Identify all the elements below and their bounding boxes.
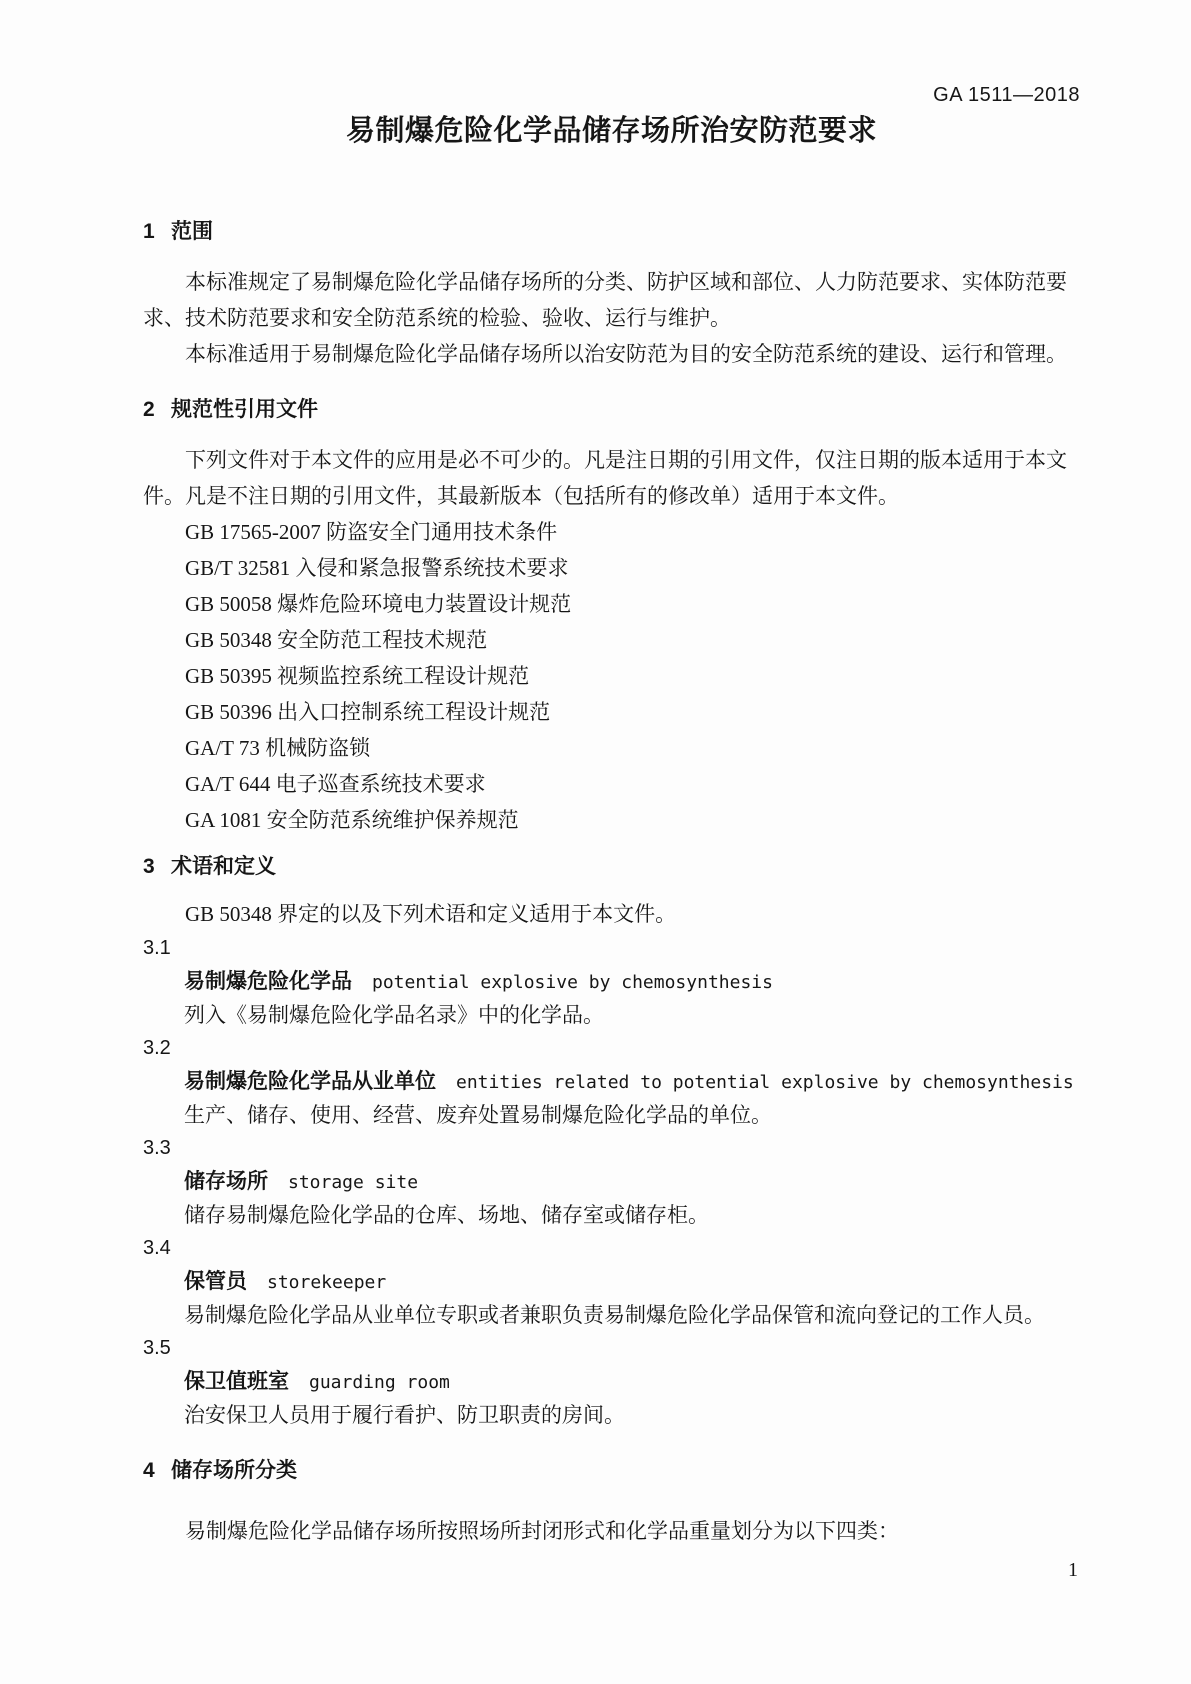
reference-item: GA/T 73 机械防盗锁 <box>143 730 1080 766</box>
document-title: 易制爆危险化学品储存场所治安防范要求 <box>143 112 1080 150</box>
standard-code: GA 1511—2018 <box>143 84 1080 106</box>
term-number: 3.5 <box>143 1332 1080 1365</box>
term-definition: 储存易制爆危险化学品的仓库、场地、储存室或储存柜。 <box>143 1199 1080 1232</box>
term-name-en: entities related to potential explosive … <box>456 1072 1074 1093</box>
reference-item: GA/T 644 电子巡查系统技术要求 <box>143 766 1080 802</box>
term-entry-3-4: 3.4 保管员storekeeper 易制爆危险化学品从业单位专职或者兼职负责易… <box>143 1232 1080 1332</box>
term-number: 3.4 <box>143 1232 1080 1265</box>
section-2-heading: 2规范性引用文件 <box>143 398 1080 422</box>
section-1-paragraph-2: 本标准适用于易制爆危险化学品储存场所以治安防范为目的安全防范系统的建设、运行和管… <box>143 336 1080 372</box>
document-content: GA 1511—2018 易制爆危险化学品储存场所治安防范要求 1范围 本标准规… <box>143 0 1080 1549</box>
term-definition: 生产、储存、使用、经营、废弃处置易制爆危险化学品的单位。 <box>143 1099 1080 1132</box>
term-name-zh: 保管员 <box>184 1270 247 1293</box>
section-3-heading: 3术语和定义 <box>143 855 1080 879</box>
term-definition: 治安保卫人员用于履行看护、防卫职责的房间。 <box>143 1399 1080 1432</box>
section-1-number: 1 <box>143 220 171 244</box>
reference-item: GA 1081 安全防范系统维护保养规范 <box>143 802 1080 838</box>
term-entry-3-2: 3.2 易制爆危险化学品从业单位entities related to pote… <box>143 1032 1080 1132</box>
term-name-en: storekeeper <box>267 1272 386 1293</box>
section-2-number: 2 <box>143 398 171 422</box>
reference-item: GB/T 32581 入侵和紧急报警系统技术要求 <box>143 550 1080 586</box>
document-page: GA 1511—2018 易制爆危险化学品储存场所治安防范要求 1范围 本标准规… <box>0 0 1191 1684</box>
section-3-number: 3 <box>143 855 171 879</box>
section-1-paragraph-1: 本标准规定了易制爆危险化学品储存场所的分类、防护区域和部位、人力防范要求、实体防… <box>143 264 1080 336</box>
section-4-paragraph-1: 易制爆危险化学品储存场所按照场所封闭形式和化学品重量划分为以下四类： <box>143 1513 1080 1549</box>
term-entry-3-5: 3.5 保卫值班室guarding room 治安保卫人员用于履行看护、防卫职责… <box>143 1332 1080 1432</box>
term-name-zh: 保卫值班室 <box>184 1370 289 1393</box>
section-3-title: 术语和定义 <box>171 855 276 878</box>
term-line: 保管员storekeeper <box>143 1265 1080 1299</box>
reference-item: GB 17565-2007 防盗安全门通用技术条件 <box>143 514 1080 550</box>
section-4-heading: 4储存场所分类 <box>143 1459 1080 1483</box>
term-line: 易制爆危险化学品potential explosive by chemosynt… <box>143 965 1080 999</box>
term-number: 3.3 <box>143 1132 1080 1165</box>
term-number: 3.2 <box>143 1032 1080 1065</box>
reference-item: GB 50348 安全防范工程技术规范 <box>143 622 1080 658</box>
term-line: 储存场所storage site <box>143 1165 1080 1199</box>
reference-item: GB 50396 出入口控制系统工程设计规范 <box>143 694 1080 730</box>
section-1-heading: 1范围 <box>143 220 1080 244</box>
term-name-zh: 易制爆危险化学品 <box>184 970 352 993</box>
term-name-zh: 易制爆危险化学品从业单位 <box>184 1070 436 1093</box>
term-entry-3-3: 3.3 储存场所storage site 储存易制爆危险化学品的仓库、场地、储存… <box>143 1132 1080 1232</box>
term-line: 易制爆危险化学品从业单位entities related to potentia… <box>143 1065 1080 1099</box>
term-definition: 列入《易制爆危险化学品名录》中的化学品。 <box>143 999 1080 1032</box>
section-1-title: 范围 <box>171 220 213 243</box>
term-name-en: guarding room <box>309 1372 450 1393</box>
section-4-title: 储存场所分类 <box>171 1459 297 1482</box>
term-number: 3.1 <box>143 932 1080 965</box>
term-name-zh: 储存场所 <box>184 1170 268 1193</box>
page-number: 1 <box>1068 1558 1078 1582</box>
term-entry-3-1: 3.1 易制爆危险化学品potential explosive by chemo… <box>143 932 1080 1032</box>
section-4-number: 4 <box>143 1459 171 1483</box>
terms-and-definitions: 3.1 易制爆危险化学品potential explosive by chemo… <box>143 932 1080 1432</box>
normative-references-list: GB 17565-2007 防盗安全门通用技术条件 GB/T 32581 入侵和… <box>143 514 1080 838</box>
section-3-intro: GB 50348 界定的以及下列术语和定义适用于本文件。 <box>143 896 1080 932</box>
section-2-intro: 下列文件对于本文件的应用是必不可少的。凡是注日期的引用文件，仅注日期的版本适用于… <box>143 442 1080 514</box>
section-2-title: 规范性引用文件 <box>171 398 318 421</box>
term-line: 保卫值班室guarding room <box>143 1365 1080 1399</box>
term-definition: 易制爆危险化学品从业单位专职或者兼职负责易制爆危险化学品保管和流向登记的工作人员… <box>143 1299 1080 1332</box>
reference-item: GB 50058 爆炸危险环境电力装置设计规范 <box>143 586 1080 622</box>
term-name-en: potential explosive by chemosynthesis <box>372 972 773 993</box>
reference-item: GB 50395 视频监控系统工程设计规范 <box>143 658 1080 694</box>
term-name-en: storage site <box>288 1172 418 1193</box>
